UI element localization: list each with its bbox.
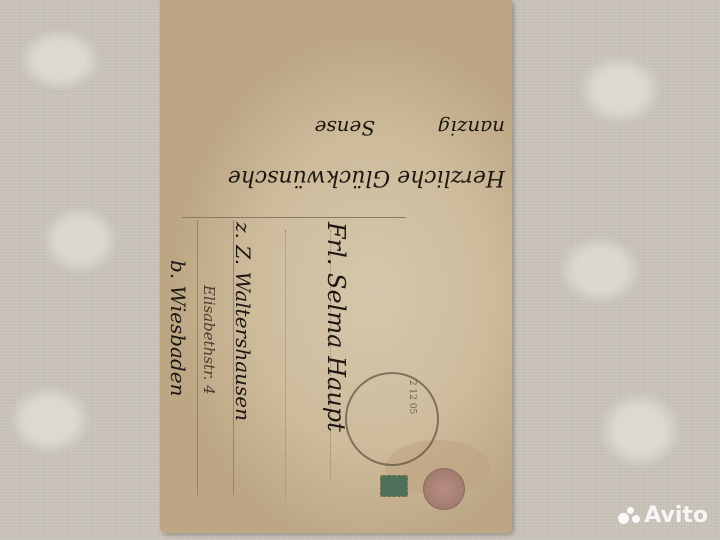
divider-line bbox=[182, 217, 406, 218]
watermark-text: Avito bbox=[644, 503, 708, 528]
postmark-text: 2 12 05 bbox=[407, 380, 417, 414]
avito-logo-icon bbox=[618, 507, 640, 525]
avito-watermark: Avito bbox=[618, 503, 708, 528]
address-line-2: z. Z. Waltershausen bbox=[231, 222, 255, 421]
postcard: Sense nanzig Herzliche Glückwünsche Frl.… bbox=[160, 0, 512, 533]
greeting-word: Sense bbox=[314, 116, 375, 140]
greeting-line: Herzliche Glückwünsche bbox=[228, 165, 505, 190]
postage-stamp bbox=[380, 475, 408, 497]
address-line-3: Elisabethstr. 4 bbox=[200, 285, 218, 395]
postmark: 2 12 05 bbox=[345, 372, 439, 466]
address-line bbox=[197, 220, 198, 495]
address-line-dotted bbox=[285, 230, 286, 500]
address-line-1: Frl. Selma Haupt bbox=[322, 222, 350, 432]
greeting-word: nanzig bbox=[438, 116, 505, 140]
wax-seal bbox=[423, 468, 465, 510]
address-line-4: b. Wiesbaden bbox=[166, 260, 190, 396]
